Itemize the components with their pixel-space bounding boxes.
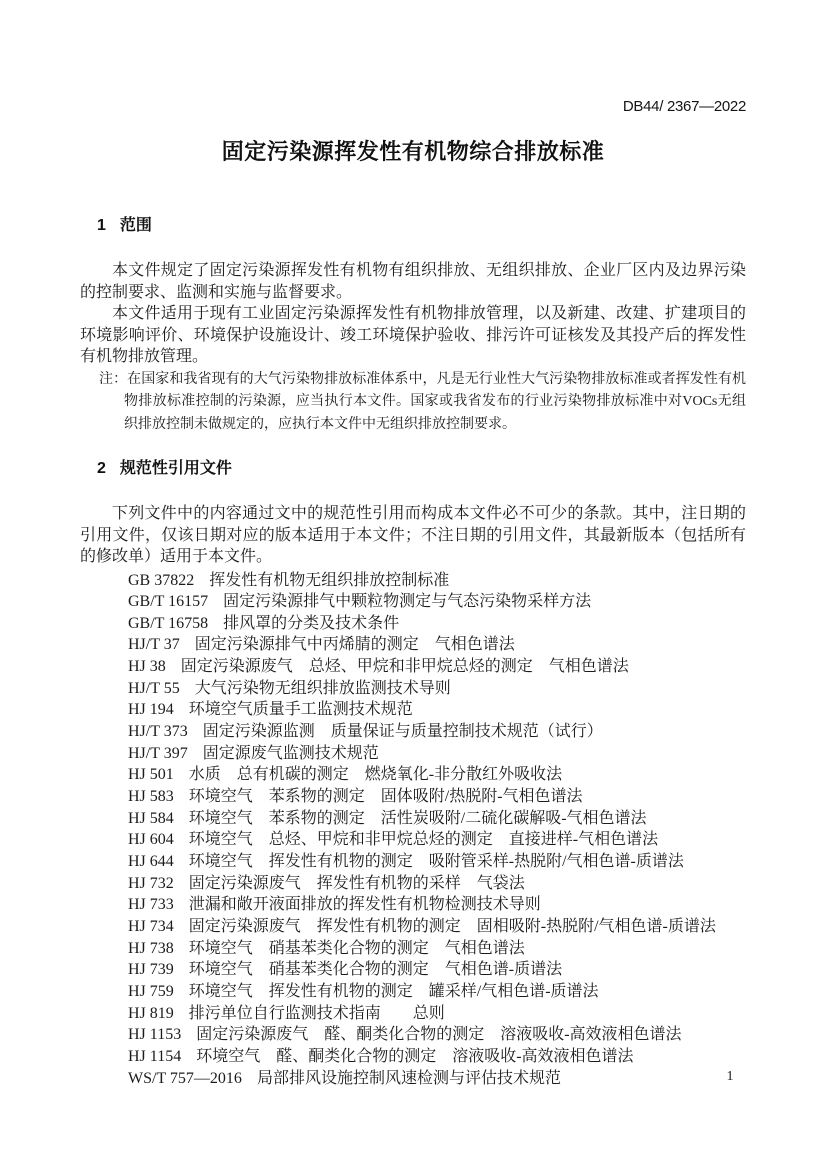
reference-title: 固定污染源废气 挥发性有机物的采样 气袋法 — [189, 875, 525, 892]
reference-item: HJ 584环境空气 苯系物的测定 活性炭吸附/二硫化碳解吸-气相色谱法 — [128, 808, 746, 830]
reference-title: 环境空气 硝基苯类化合物的测定 气相色谱法 — [189, 940, 525, 957]
reference-item: HJ 604环境空气 总烃、甲烷和非甲烷总烃的测定 直接进样-气相色谱法 — [128, 829, 746, 851]
reference-code: HJ/T 37 — [128, 636, 180, 653]
reference-code: HJ 1154 — [128, 1048, 181, 1065]
section-2-heading-text: 规范性引用文件 — [120, 460, 232, 477]
reference-code: HJ 819 — [128, 1005, 174, 1022]
reference-code: HJ 501 — [128, 766, 174, 783]
reference-code: GB 37822 — [128, 572, 194, 589]
document-page: DB44/ 2367—2022 固定污染源挥发性有机物综合排放标准 1范围 本文… — [0, 0, 826, 1169]
reference-title: 固定污染源废气 挥发性有机物的测定 固相吸附-热脱附/气相色谱-质谱法 — [189, 918, 716, 935]
reference-title: 泄漏和敞开液面排放的挥发性有机物检测技术导则 — [189, 896, 541, 913]
document-title: 固定污染源挥发性有机物综合排放标准 — [80, 139, 746, 165]
reference-title: 固定污染源排气中颗粒物测定与气态污染物采样方法 — [223, 593, 591, 610]
reference-title: 环境空气 醛、酮类化合物的测定 溶液吸收-高效液相色谱法 — [196, 1048, 633, 1065]
reference-item: WS/T 757—2016局部排风设施控制风速检测与评估技术规范 — [128, 1068, 746, 1090]
references-intro-paragraph: 下列文件中的内容通过文中的规范性引用而构成本文件必不可少的条款。其中，注日期的引… — [80, 503, 746, 568]
reference-code: HJ 38 — [128, 658, 166, 675]
reference-title: 局部排风设施控制风速检测与评估技术规范 — [257, 1070, 561, 1087]
reference-title: 环境空气 苯系物的测定 活性炭吸附/二硫化碳解吸-气相色谱法 — [189, 810, 647, 827]
reference-item: GB 37822挥发性有机物无组织排放控制标准 — [128, 570, 746, 592]
page-number: 1 — [722, 1069, 738, 1085]
reference-item: HJ 583环境空气 苯系物的测定 固体吸附/热脱附-气相色谱法 — [128, 786, 746, 808]
reference-title: 环境空气 总烃、甲烷和非甲烷总烃的测定 直接进样-气相色谱法 — [189, 831, 658, 848]
reference-item: HJ 501水质 总有机碳的测定 燃烧氧化-非分散红外吸收法 — [128, 764, 746, 786]
reference-item: HJ/T 373固定污染源监测 质量保证与质量控制技术规范（试行） — [128, 721, 746, 743]
note-label: 注： — [99, 372, 127, 387]
reference-item: HJ 734固定污染源废气 挥发性有机物的测定 固相吸附-热脱附/气相色谱-质谱… — [128, 916, 746, 938]
reference-code: HJ 759 — [128, 983, 174, 1000]
reference-item: HJ 738环境空气 硝基苯类化合物的测定 气相色谱法 — [128, 938, 746, 960]
standard-code: DB44/ 2367—2022 — [80, 0, 746, 115]
reference-code: HJ 738 — [128, 940, 174, 957]
reference-item: HJ 1153固定污染源废气 醛、酮类化合物的测定 溶液吸收-高效液相色谱法 — [128, 1024, 746, 1046]
section-1-heading-text: 范围 — [120, 217, 152, 234]
reference-title: 固定污染源废气 总烃、甲烷和非甲烷总烃的测定 气相色谱法 — [181, 658, 629, 675]
reference-title: 环境空气 苯系物的测定 固体吸附/热脱附-气相色谱法 — [189, 788, 583, 805]
reference-item: HJ 1154环境空气 醛、酮类化合物的测定 溶液吸收-高效液相色谱法 — [128, 1046, 746, 1068]
reference-code: HJ 194 — [128, 701, 174, 718]
section-2-heading: 2规范性引用文件 — [80, 461, 746, 477]
reference-code: HJ 732 — [128, 875, 174, 892]
reference-item: HJ 732固定污染源废气 挥发性有机物的采样 气袋法 — [128, 873, 746, 895]
section-1-number: 1 — [97, 218, 106, 234]
reference-item: GB/T 16758排风罩的分类及技术条件 — [128, 613, 746, 635]
reference-item: HJ/T 55大气污染物无组织排放监测技术导则 — [128, 678, 746, 700]
reference-title: 排风罩的分类及技术条件 — [223, 615, 399, 632]
reference-title: 大气污染物无组织排放监测技术导则 — [195, 680, 451, 697]
reference-title: 挥发性有机物无组织排放控制标准 — [209, 572, 449, 589]
reference-item: HJ 38固定污染源废气 总烃、甲烷和非甲烷总烃的测定 气相色谱法 — [128, 656, 746, 678]
reference-code: HJ 739 — [128, 961, 174, 978]
references-list: GB 37822挥发性有机物无组织排放控制标准GB/T 16157固定污染源排气… — [128, 570, 746, 1090]
reference-item: GB/T 16157固定污染源排气中颗粒物测定与气态污染物采样方法 — [128, 591, 746, 613]
reference-code: HJ/T 397 — [128, 745, 188, 762]
reference-title: 水质 总有机碳的测定 燃烧氧化-非分散红外吸收法 — [189, 766, 562, 783]
document-content: DB44/ 2367—2022 固定污染源挥发性有机物综合排放标准 1范围 本文… — [80, 0, 746, 1089]
reference-item: HJ 739环境空气 硝基苯类化合物的测定 气相色谱-质谱法 — [128, 959, 746, 981]
reference-code: HJ 584 — [128, 810, 174, 827]
reference-title: 固定污染源废气 醛、酮类化合物的测定 溶液吸收-高效液相色谱法 — [196, 1026, 681, 1043]
reference-title: 环境空气 挥发性有机物的测定 吸附管采样-热脱附/气相色谱-质谱法 — [189, 853, 684, 870]
reference-code: HJ 604 — [128, 831, 174, 848]
reference-code: HJ 644 — [128, 853, 174, 870]
section-1-heading: 1范围 — [80, 218, 746, 234]
reference-code: HJ 1153 — [128, 1026, 181, 1043]
scope-paragraph-2: 本文件适用于现有工业固定污染源挥发性有机物排放管理，以及新建、改建、扩建项目的环… — [80, 303, 746, 368]
reference-code: WS/T 757—2016 — [128, 1070, 242, 1087]
reference-item: HJ 759环境空气 挥发性有机物的测定 罐采样/气相色谱-质谱法 — [128, 981, 746, 1003]
reference-code: HJ 733 — [128, 896, 174, 913]
reference-item: HJ 819排污单位自行监测技术指南 总则 — [128, 1003, 746, 1025]
reference-code: GB/T 16758 — [128, 615, 208, 632]
note-text: 在国家和我省现有的大气污染物排放标准体系中，凡是无行业性大气污染物排放标准或者挥… — [124, 372, 746, 432]
reference-item: HJ/T 397固定源废气监测技术规范 — [128, 743, 746, 765]
reference-item: HJ 194环境空气质量手工监测技术规范 — [128, 699, 746, 721]
section-2-number: 2 — [97, 461, 106, 477]
reference-item: HJ 733泄漏和敞开液面排放的挥发性有机物检测技术导则 — [128, 894, 746, 916]
reference-item: HJ 644环境空气 挥发性有机物的测定 吸附管采样-热脱附/气相色谱-质谱法 — [128, 851, 746, 873]
reference-code: HJ 734 — [128, 918, 174, 935]
reference-title: 排污单位自行监测技术指南 总则 — [189, 1005, 445, 1022]
reference-title: 固定污染源监测 质量保证与质量控制技术规范（试行） — [203, 723, 603, 740]
reference-title: 环境空气 挥发性有机物的测定 罐采样/气相色谱-质谱法 — [189, 983, 599, 1000]
reference-title: 固定污染源排气中丙烯腈的测定 气相色谱法 — [195, 636, 515, 653]
reference-title: 固定源废气监测技术规范 — [203, 745, 379, 762]
reference-code: HJ/T 55 — [128, 680, 180, 697]
reference-code: HJ/T 373 — [128, 723, 188, 740]
reference-title: 环境空气质量手工监测技术规范 — [189, 701, 413, 718]
reference-code: HJ 583 — [128, 788, 174, 805]
reference-title: 环境空气 硝基苯类化合物的测定 气相色谱-质谱法 — [189, 961, 562, 978]
reference-item: HJ/T 37固定污染源排气中丙烯腈的测定 气相色谱法 — [128, 634, 746, 656]
reference-code: GB/T 16157 — [128, 593, 208, 610]
scope-note: 注：在国家和我省现有的大气污染物排放标准体系中，凡是无行业性大气污染物排放标准或… — [99, 369, 746, 437]
scope-paragraph-1: 本文件规定了固定污染源挥发性有机物有组织排放、无组织排放、企业厂区内及边界污染的… — [80, 260, 746, 303]
